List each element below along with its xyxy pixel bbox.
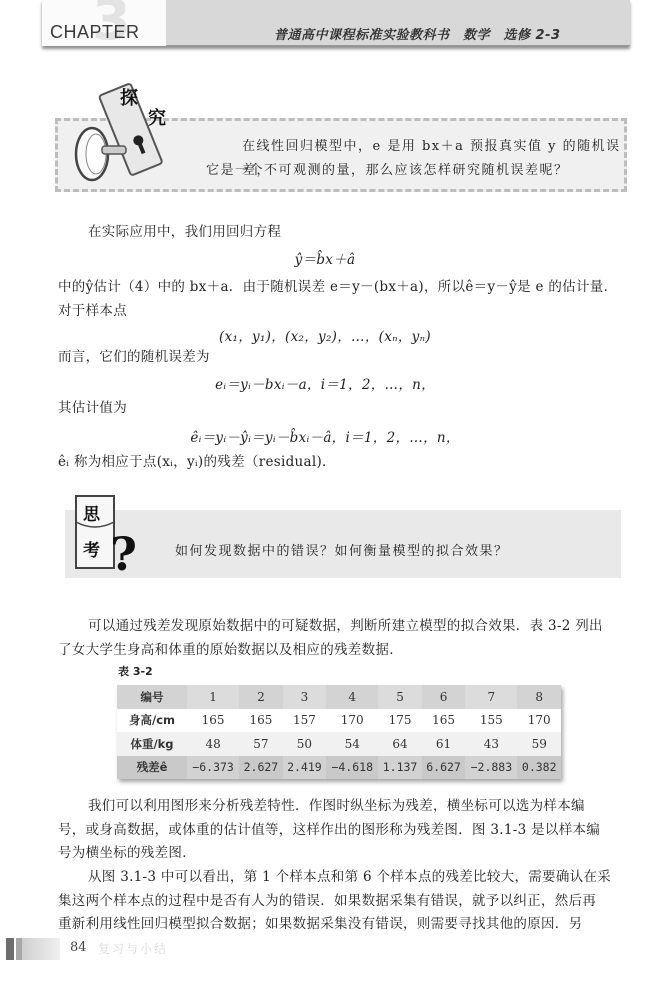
chapter-box: 3 CHAPTER: [42, 0, 166, 46]
table-row-label: 编号: [117, 685, 187, 709]
table-cell: 3: [283, 685, 326, 709]
paragraph-analysis-line3: 重新利用线性回归模型拟合数据；如果数据采集没有错误，则需要寻找其他的原因．另: [58, 914, 582, 934]
paragraph-estimate: 中的ŷ估计（4）中的 bx＋a．由于随机误差 e＝y－(bx＋a)，所以ê＝y－…: [58, 277, 617, 297]
table-cell: 165: [187, 709, 239, 733]
table-cell: 59: [517, 732, 561, 756]
footer-section-title: 复习与小结: [98, 940, 168, 957]
paragraph-sample-points: 对于样本点: [58, 301, 127, 321]
table-cell: −4.618: [326, 756, 378, 780]
explore-icon-char1: 探: [120, 87, 138, 109]
table-cell: 157: [283, 709, 326, 733]
table-row-label: 体重/kg: [117, 732, 187, 756]
table-cell: 5: [378, 685, 421, 709]
table-cell: 7: [465, 685, 517, 709]
page-number: 84: [70, 940, 87, 955]
paragraph-random-error: 而言，它们的随机误差为: [58, 347, 210, 367]
table-cell: 170: [326, 709, 378, 733]
book-title: 普通高中课程标准实验教科书 数学 选修 2-3: [274, 24, 561, 43]
table-cell: 4: [326, 685, 378, 709]
table-cell: 165: [239, 709, 282, 733]
paragraph-residual-definition: êᵢ 称为相应于点(xᵢ，yᵢ)的残差（residual)．: [58, 452, 336, 472]
think-question-icon: 思 考 ?: [66, 490, 146, 580]
table-cell: 0.382: [517, 756, 561, 780]
think-question: 如何发现数据中的错误？如何衡量模型的拟合效果？: [175, 540, 509, 559]
table-cell: 50: [283, 732, 326, 756]
table-cell: 165: [422, 709, 465, 733]
table-row-label: 身高/cm: [117, 709, 187, 733]
paragraph-analysis-line1: 从图 3.1-3 中可以看出，第 1 个样本点和第 6 个样本点的残差比较大，需…: [88, 867, 611, 887]
paragraph-table-intro-line1: 可以通过残差发现原始数据中的可疑数据，判断所建立模型的拟合效果．表 3-2 列出: [88, 616, 603, 636]
table-cell: 6.627: [422, 756, 465, 780]
svg-text:?: ?: [110, 527, 137, 580]
explore-key-icon: 探 究: [62, 80, 172, 190]
paragraph-table-intro-line2: 了女大学生身高和体重的原始数据以及相应的残差数据．: [58, 640, 403, 660]
table-cell: 64: [378, 732, 421, 756]
page-header: 3 CHAPTER 普通高中课程标准实验教科书 数学 选修 2-3: [42, 0, 630, 46]
explore-question-line2: 它是一个不可观测的量，那么应该怎样研究随机误差呢？: [206, 159, 569, 183]
think-icon-char1: 思: [83, 505, 101, 525]
chapter-label: CHAPTER: [50, 22, 140, 43]
table-row-id: 编号 1 2 3 4 5 6 7 8: [117, 685, 561, 709]
table-cell: 48: [187, 732, 239, 756]
table-cell: −6.373: [187, 756, 239, 780]
table-cell: 1: [187, 685, 239, 709]
paragraph-residual-plot-line3: 号为横坐标的残差图．: [58, 843, 196, 863]
table-row-weight: 体重/kg 48 57 50 54 64 61 43 59: [117, 732, 561, 756]
table-cell: 43: [465, 732, 517, 756]
table-cell: 57: [239, 732, 282, 756]
table-row-height: 身高/cm 165 165 157 170 175 165 155 170: [117, 709, 561, 733]
equation-regression: ŷ＝b̂x＋â: [0, 250, 650, 270]
table-cell: 8: [517, 685, 561, 709]
residual-data-table: 编号 1 2 3 4 5 6 7 8 身高/cm 165 165 157 170…: [117, 685, 561, 779]
table-caption: 表 3-2: [118, 663, 153, 679]
think-box: 如何发现数据中的错误？如何衡量模型的拟合效果？: [65, 510, 621, 578]
table-cell: −2.883: [465, 756, 517, 780]
paragraph-residual-plot-line2: 号，或身高数据，或体重的估计值等，这样作出的图形称为残差图．图 3.1-3 是以…: [58, 820, 600, 840]
table-cell: 2: [239, 685, 282, 709]
think-icon-char2: 考: [83, 541, 100, 561]
paragraph-estimate-value: 其估计值为: [58, 398, 127, 418]
equation-random-error: eᵢ＝yᵢ－bxᵢ－a，i＝1，2，…，n，: [0, 375, 650, 395]
table-cell: 155: [465, 709, 517, 733]
table-cell: 170: [517, 709, 561, 733]
table-cell: 175: [378, 709, 421, 733]
explore-icon-char2: 究: [148, 107, 166, 129]
table-row-residual: 残差ê −6.373 2.627 2.419 −4.618 1.137 6.62…: [117, 756, 561, 780]
paragraph-analysis-line2: 集这两个样本点的过程中是否有人为的错误．如果数据采集有错误，就予以纠正，然后再: [58, 891, 596, 911]
footer-decoration-bar: [6, 938, 60, 960]
paragraph-regression-intro: 在实际应用中，我们用回归方程: [88, 222, 281, 242]
table-cell: 61: [422, 732, 465, 756]
table-row-label: 残差ê: [117, 756, 187, 780]
table-cell: 2.627: [239, 756, 282, 780]
equation-sample-points: (x₁，y₁)，(x₂，y₂)，…，(xₙ，yₙ): [0, 327, 650, 347]
equation-residual: êᵢ＝yᵢ－ŷᵢ＝yᵢ－b̂xᵢ－â，i＝1，2，…，n，: [0, 428, 650, 448]
table-cell: 2.419: [283, 756, 326, 780]
paragraph-residual-plot-line1: 我们可以利用图形来分析残差特性．作图时纵坐标为残差，横坐标可以选为样本编: [88, 796, 585, 816]
table-cell: 54: [326, 732, 378, 756]
table-cell: 1.137: [378, 756, 421, 780]
table-cell: 6: [422, 685, 465, 709]
